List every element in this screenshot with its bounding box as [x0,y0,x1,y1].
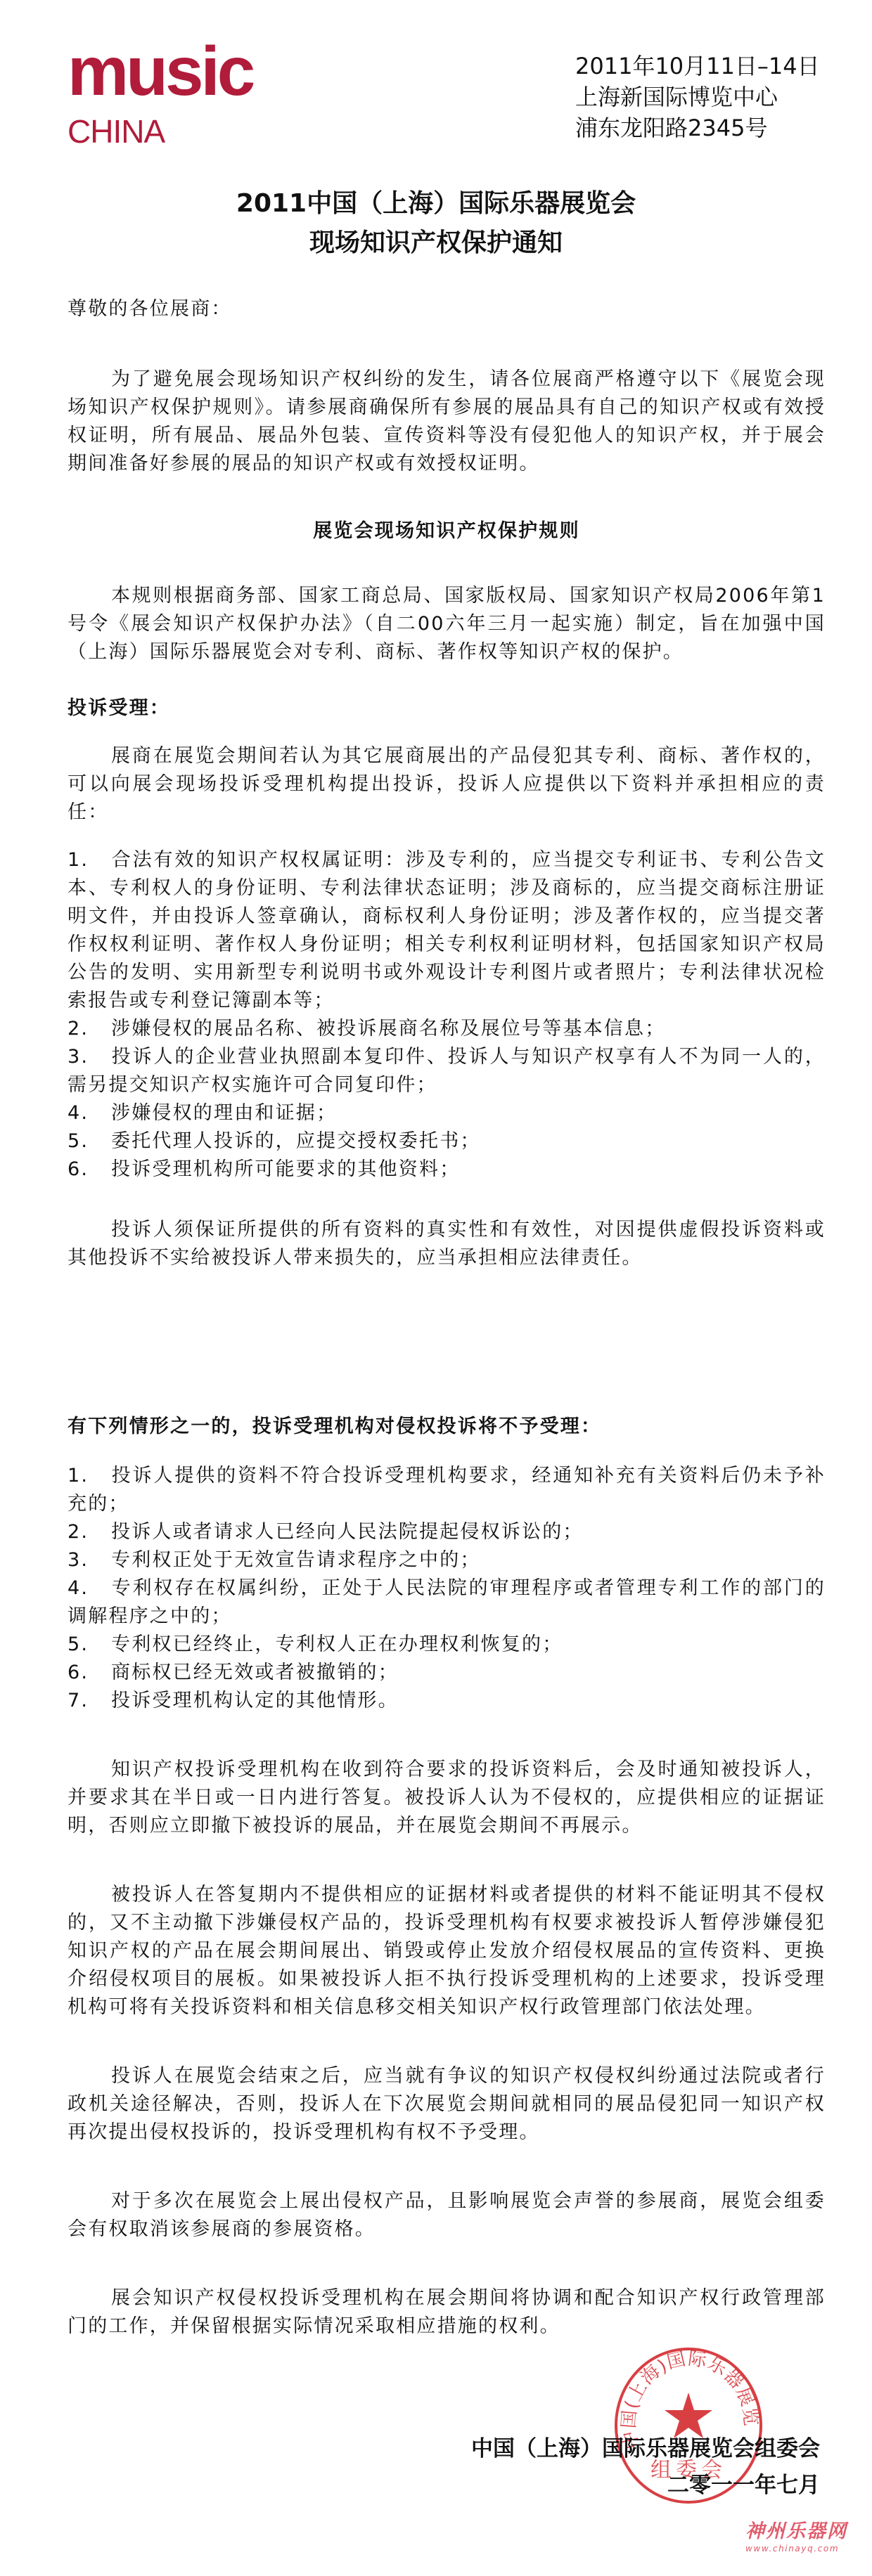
item-text: 商标权已经无效或者被撤销的； [111,1662,399,1683]
list-item: 3.投诉人的企业营业执照副本复印件、投诉人与知识产权享有人不为同一人的，需另提交… [68,1043,826,1099]
item-text: 投诉受理机构认定的其他情形。 [111,1690,399,1711]
item-number: 2. [68,1015,111,1043]
item-number: 3. [68,1546,111,1574]
item-number: 3. [68,1043,111,1071]
title-line-2: 现场知识产权保护通知 [0,224,872,263]
item-text: 专利权正处于无效宣告请求程序之中的； [111,1549,481,1571]
list-item: 3.专利权正处于无效宣告请求程序之中的； [68,1546,826,1574]
watermark-url: www.chinayq.com [745,2543,847,2554]
rejection-conditions-list: 1.投诉人提供的资料不符合投诉受理机构要求，经通知补充有关资料后仍未予补充的； … [68,1462,826,1715]
item-number: 6. [68,1659,111,1687]
item-text: 专利权存在权属纠纷，正处于人民法院的审理程序或者管理专利工作的部门的调解程序之中… [68,1577,826,1627]
item-text: 涉嫌侵权的理由和证据； [111,1102,337,1124]
procedure-paragraph-2: 被投诉人在答复期内不提供相应的证据材料或者提供的材料不能证明其不侵权的，又不主动… [68,1881,826,2021]
music-china-logo: music CHINA [68,37,252,148]
item-text: 投诉受理机构所可能要求的其他资料； [111,1158,460,1180]
item-number: 1. [68,1462,111,1490]
complaint-requirements-list: 1.合法有效的知识产权权属证明：涉及专利的，应当提交专利证书、专利公告文本、专利… [68,846,826,1184]
list-item: 6.投诉受理机构所可能要求的其他资料； [68,1156,826,1184]
organizer-name: 中国（上海）国际乐器展览会组委会 [471,2431,820,2467]
list-item: 7.投诉受理机构认定的其他情形。 [68,1687,826,1715]
logo-china-text: CHINA [68,115,252,148]
procedure-paragraph-4: 对于多次在展览会上展出侵权产品，且影响展览会声誉的参展商，展览会组委会有权取消该… [68,2187,826,2244]
event-info: 2011年10月11日–14日 上海新国际博览中心 浦东龙阳路2345号 [575,51,820,143]
item-number: 5. [68,1631,111,1659]
list-item: 2.涉嫌侵权的展品名称、被投诉展商名称及展位号等基本信息； [68,1015,826,1043]
rules-subtitle: 展览会现场知识产权保护规则 [68,517,826,545]
spacer [68,2147,826,2187]
spacer [68,1840,826,1881]
complaint-heading: 投诉受理： [68,694,826,723]
rules-basis-paragraph: 本规则根据商务部、国家工商总局、国家版权局、国家知识产权局2006年第1号令《展… [68,582,826,666]
item-text: 委托代理人投诉的，应提交授权委托书； [111,1130,481,1152]
item-text: 专利权已经终止，专利权人正在办理权利恢复的； [111,1633,563,1655]
event-address: 浦东龙阳路2345号 [575,112,820,143]
item-number: 6. [68,1156,111,1184]
event-venue: 上海新国际博览中心 [575,82,820,112]
spacer [68,2244,826,2284]
complaint-intro-paragraph: 展商在展览会期间若认为其它展商展出的产品侵犯其专利、商标、著作权的，可以向展会现… [68,742,826,827]
list-item: 1.合法有效的知识产权权属证明：涉及专利的，应当提交专利证书、专利公告文本、专利… [68,846,826,1015]
rejection-heading: 有下列情形之一的，投诉受理机构对侵权投诉将不予受理： [68,1413,826,1441]
procedure-paragraph-5: 展会知识产权侵权投诉受理机构在展会期间将协调和配合知识产权行政管理部门的工作，并… [68,2284,826,2341]
list-item: 4.专利权存在权属纠纷，正处于人民法院的审理程序或者管理专利工作的部门的调解程序… [68,1574,826,1631]
item-text: 合法有效的知识产权权属证明：涉及专利的，应当提交专利证书、专利公告文本、专利权人… [68,849,826,1011]
watermark-site-name: 神州乐器网 [745,2520,847,2543]
site-watermark: 神州乐器网 www.chinayq.com [745,2520,847,2554]
item-number: 7. [68,1687,111,1715]
list-item: 5.委托代理人投诉的，应提交授权委托书； [68,1127,826,1156]
signature-block: 中国（上海）国际乐器展览会组委会 二零一一年七月 [471,2431,820,2504]
document-body: 尊敬的各位展商： 为了避免展会现场知识产权纠纷的发生，请各位展商严格遵守以下《展… [68,295,826,2341]
item-text: 投诉人的企业营业执照副本复印件、投诉人与知识产权享有人不为同一人的，需另提交知识… [68,1046,826,1096]
spacer [68,1272,826,1413]
title-line-1: 2011中国（上海）国际乐器展览会 [0,184,872,224]
list-item: 4.涉嫌侵权的理由和证据； [68,1099,826,1127]
item-text: 投诉人或者请求人已经向人民法院提起侵权诉讼的； [111,1521,584,1543]
item-number: 4. [68,1099,111,1127]
list-item: 1.投诉人提供的资料不符合投诉受理机构要求，经通知补充有关资料后仍未予补充的； [68,1462,826,1518]
list-item: 6.商标权已经无效或者被撤销的； [68,1659,826,1687]
signature-date: 二零一一年七月 [471,2467,820,2504]
item-text: 投诉人提供的资料不符合投诉受理机构要求，经通知补充有关资料后仍未予补充的； [68,1465,826,1515]
spacer [68,1184,826,1216]
logo-music-text: music [68,37,252,105]
item-number: 1. [68,846,111,874]
item-number: 5. [68,1127,111,1156]
salutation: 尊敬的各位展商： [68,295,826,323]
item-number: 2. [68,1518,111,1546]
list-item: 5.专利权已经终止，专利权人正在办理权利恢复的； [68,1631,826,1659]
intro-paragraph: 为了避免展会现场知识产权纠纷的发生，请各位展商严格遵守以下《展览会现场知识产权保… [68,365,826,478]
document-title: 2011中国（上海）国际乐器展览会 现场知识产权保护通知 [0,184,872,263]
spacer [68,1715,826,1756]
item-number: 4. [68,1574,111,1603]
liability-paragraph: 投诉人须保证所提供的所有资料的真实性和有效性，对因提供虚假投诉资料或其他投诉不实… [68,1216,826,1272]
event-dates: 2011年10月11日–14日 [575,51,820,82]
procedure-paragraph-3: 投诉人在展览会结束之后，应当就有争议的知识产权侵权纠纷通过法院或者行政机关途径解… [68,2062,826,2147]
item-text: 涉嫌侵权的展品名称、被投诉展商名称及展位号等基本信息； [111,1018,665,1040]
spacer [68,2021,826,2062]
procedure-paragraph-1: 知识产权投诉受理机构在收到符合要求的投诉资料后，会及时通知被投诉人，并要求其在半… [68,1756,826,1840]
list-item: 2.投诉人或者请求人已经向人民法院提起侵权诉讼的； [68,1518,826,1546]
